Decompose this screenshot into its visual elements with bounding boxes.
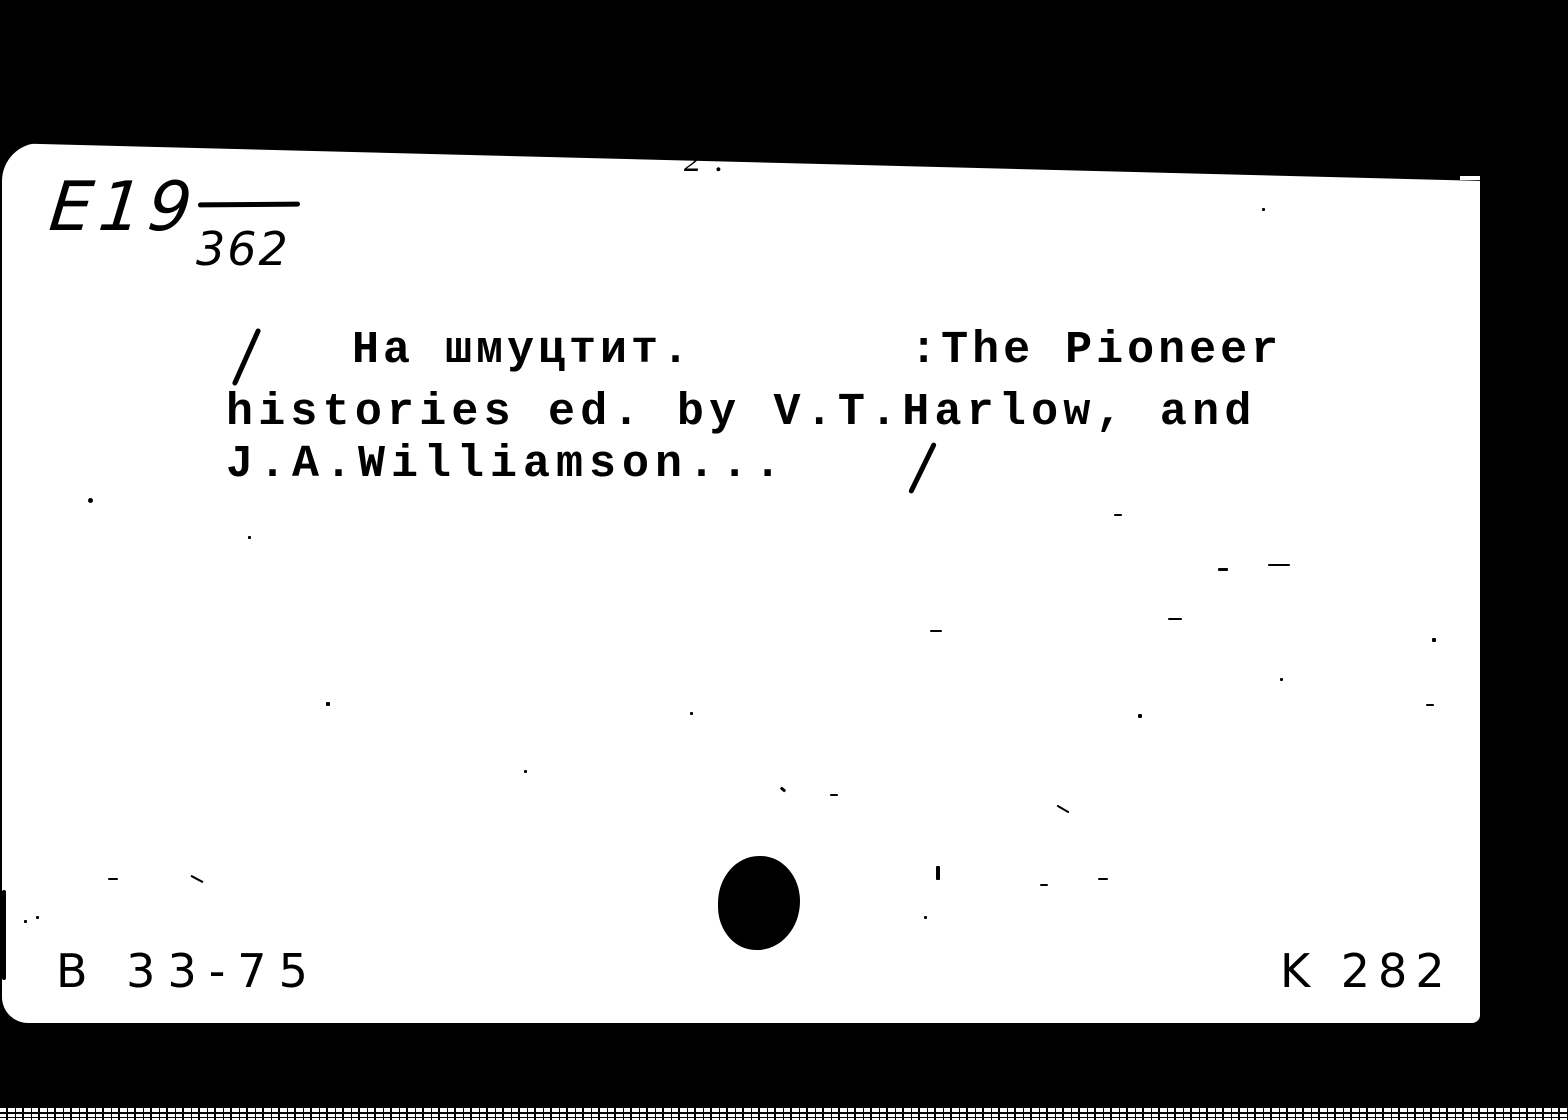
scan-speck: [936, 866, 940, 880]
scan-speck: [924, 916, 927, 919]
scan-speck: [690, 712, 693, 715]
scan-speck: [1114, 514, 1122, 516]
scan-speck: [1168, 618, 1182, 620]
scan-speck: [1218, 568, 1228, 571]
scan-speck: [1138, 714, 1142, 718]
scan-speck: [36, 916, 39, 919]
scan-speck: [1268, 564, 1290, 566]
edge-mark: [2, 890, 6, 980]
call-number-fraction-bar: [198, 202, 300, 208]
scan-speck: [248, 536, 251, 539]
scan-speck: [524, 770, 527, 773]
scan-speck: [1040, 884, 1048, 886]
scan-speck: [326, 702, 330, 706]
scan-speck: [24, 920, 27, 923]
scan-speck: [1262, 208, 1265, 211]
scan-speck: [1280, 678, 1283, 681]
scan-speck: [1432, 638, 1436, 642]
call-number-subdivision: 362: [196, 222, 290, 276]
scan-speck: [930, 630, 942, 632]
card-edge: [1460, 176, 1480, 180]
entry-line-3: J.A.Williamson...: [226, 442, 787, 487]
scan-speck: [1098, 878, 1108, 880]
entry-line-1: На шмуцтит. :The Pioneer: [226, 328, 1282, 373]
entry-line-2: histories ed. by V.T.Harlow, and: [226, 390, 1257, 435]
scan-speck: [88, 498, 93, 503]
shelf-mark: K 282: [1280, 944, 1453, 998]
scanner-edge-strip: [0, 1108, 1568, 1120]
page-number: 2.: [684, 142, 738, 180]
scan-speck: [830, 794, 838, 796]
scan-speck: [1426, 704, 1434, 706]
scan-speck: [108, 878, 118, 880]
accession-number: B 33-75: [56, 944, 320, 998]
call-number-class: E19: [46, 168, 202, 247]
